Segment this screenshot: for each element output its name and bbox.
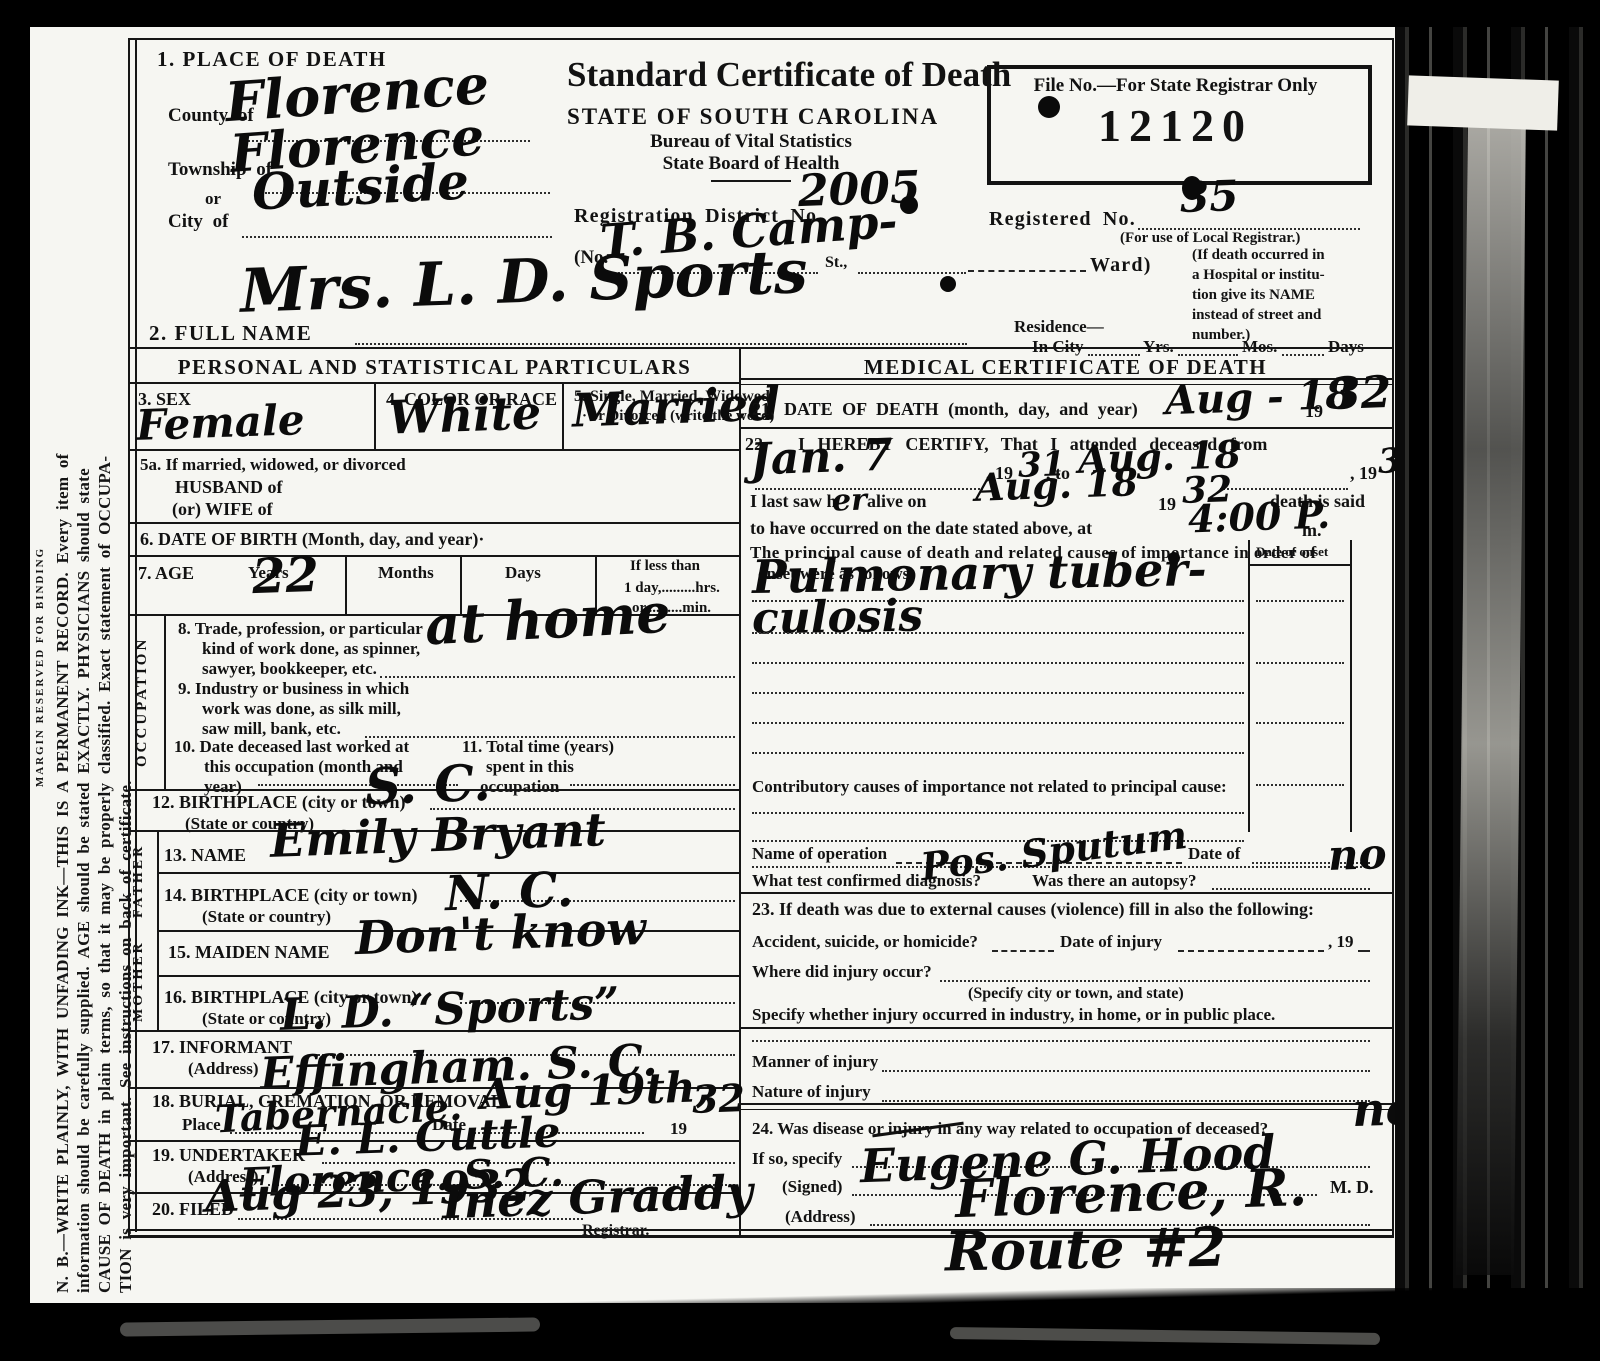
street-st-label: St.,	[825, 254, 847, 272]
item14-sub: (State or country)	[202, 908, 331, 927]
burial-year-handwriting: 32	[691, 1079, 745, 1119]
rule	[1248, 564, 1352, 566]
contributory-label: Contributory causes of importance not re…	[752, 778, 1227, 797]
binding-white-patch	[1407, 75, 1559, 130]
rule	[739, 1103, 1392, 1110]
age-months-label: Months	[378, 564, 434, 583]
leader	[242, 236, 552, 238]
rule	[739, 1027, 1392, 1029]
item23-specify: Specify whether injury occurred in indus…	[752, 1006, 1275, 1025]
leader	[1256, 662, 1344, 664]
leader	[1220, 488, 1348, 490]
rule	[345, 555, 347, 614]
marital-value-handwriting: Married	[571, 380, 781, 433]
occupation-value-handwriting: at home	[424, 586, 672, 653]
date-of-onset-label: Date of onset	[1256, 545, 1328, 559]
informant-name-handwriting: L. D. “Sports”	[279, 982, 620, 1038]
rule	[130, 522, 739, 524]
rule	[130, 347, 1392, 349]
item17-sub: (Address)	[188, 1060, 259, 1079]
item23-specify-sub: (Specify city or town, and state)	[968, 985, 1184, 1003]
item5a-line2: HUSBAND of	[175, 478, 283, 498]
leader	[1256, 784, 1344, 786]
rule	[739, 427, 1392, 429]
rule	[130, 449, 739, 451]
item11-line2: spent in this	[486, 758, 574, 777]
item15-label: 15. MAIDEN NAME	[168, 943, 330, 963]
item23-where-label: Where did injury occur?	[752, 963, 932, 982]
time-m-printed: m.	[1302, 521, 1322, 541]
leader	[752, 1040, 1370, 1042]
if-so-specify-label: If so, specify	[752, 1150, 842, 1169]
item23-nature-label: Nature of injury	[752, 1083, 871, 1102]
bureau-line: Bureau of Vital Statistics	[567, 132, 935, 153]
hospital-note-line: instead of street and	[1192, 307, 1321, 323]
item23-line1: 23. If death was due to external causes …	[752, 900, 1314, 920]
item11-line3: occupation	[480, 778, 559, 797]
leader	[1212, 888, 1370, 890]
leader	[1256, 600, 1344, 602]
address-label: (Address)	[785, 1208, 856, 1227]
leader	[355, 343, 967, 345]
item5a-line1: 5a. If married, widowed, or divorced	[140, 456, 406, 475]
leader	[940, 980, 1370, 982]
item9-line2: work was done, as silk mill,	[202, 700, 401, 719]
margin-note-line: N. B.—WRITE PLAINLY, WITH UNFADING INK—T…	[52, 41, 73, 1293]
leader	[752, 722, 1244, 724]
file-number-box: File No.—For State Registrar Only 12120	[987, 65, 1372, 185]
rule	[374, 382, 376, 449]
route-handwriting: Route #2	[945, 1220, 1227, 1279]
leader	[1256, 722, 1344, 724]
registered-no-label: Registered No.	[989, 208, 1136, 230]
age-years-value-handwriting: 22	[251, 551, 319, 601]
leader	[570, 784, 735, 786]
autopsy-value-handwriting: no	[1327, 833, 1387, 877]
ink-blot	[900, 196, 918, 214]
item14-label: 14. BIRTHPLACE (city or town)	[164, 886, 418, 906]
item9-line3: saw mill, bank, etc.	[202, 720, 341, 739]
item10-line1: 10. Date deceased last worked at	[174, 738, 409, 757]
mother-group-label: MOTHER	[131, 933, 153, 1029]
city-value-handwriting: Outside	[251, 156, 470, 217]
scan-edge-top	[0, 0, 1600, 27]
item8-line1: 8. Trade, profession, or particular	[178, 620, 423, 639]
leader	[752, 662, 1244, 664]
item13-label: 13. NAME	[164, 846, 246, 866]
occurred-text: to have occurred on the date stated abov…	[750, 519, 1092, 539]
hospital-note: (If death occurred ina Hospital or insti…	[1192, 245, 1325, 345]
leader	[968, 270, 1086, 272]
certificate-form: 1. PLACE OF DEATH County of Florence Tow…	[128, 38, 1394, 1238]
rule	[739, 892, 1392, 894]
or-label: or	[205, 190, 221, 209]
ink-blot	[1182, 176, 1202, 200]
operation-date-label: Date of	[1188, 845, 1240, 864]
to-year-printed: , 19	[1350, 464, 1377, 484]
file-number-label: File No.—For State Registrar Only	[991, 76, 1360, 97]
rule	[157, 975, 739, 977]
registrar-signature-handwriting: Inez Graddy	[441, 1169, 753, 1226]
item18-year-printed: 19	[670, 1120, 687, 1139]
father-name-handwriting: Emily Bryant	[269, 806, 606, 864]
ink-blot	[1038, 96, 1060, 118]
signed-label: (Signed)	[782, 1178, 842, 1197]
saw-her-handwriting: er	[831, 485, 867, 516]
age-label: 7. AGE	[138, 564, 194, 584]
cause-of-death-handwriting-2: culosis	[752, 595, 924, 642]
item9-line1: 9. Industry or business in which	[178, 680, 409, 699]
leader	[992, 950, 1054, 952]
leader	[752, 632, 1244, 634]
operation-label: Name of operation	[752, 845, 887, 864]
rule	[130, 555, 739, 557]
scan-edge-left	[0, 0, 30, 1361]
full-name-label: 2. FULL NAME	[149, 322, 312, 345]
item23-year19: , 19	[1328, 933, 1354, 952]
certificate-title: Standard Certificate of Death	[567, 56, 935, 95]
autopsy-label: Was there an autopsy?	[1032, 872, 1197, 891]
ward-label: Ward)	[1090, 254, 1152, 276]
item23-accident-label: Accident, suicide, or homicide?	[752, 933, 978, 952]
sex-value-handwriting: Female	[135, 399, 305, 447]
saw-text-1: I last saw h	[750, 492, 837, 512]
rule	[562, 382, 564, 449]
occupation-group-label: OCCUPATION	[134, 618, 158, 786]
item8-line3: sawyer, bookkeeper, etc.	[202, 660, 377, 679]
leader	[882, 1100, 1370, 1102]
margin-note-line: CAUSE OF DEATH in plain terms, so that i…	[94, 41, 115, 1293]
personal-section-heading: PERSONAL AND STATISTICAL PARTICULARS	[130, 356, 739, 379]
item23-date-injury-label: Date of injury	[1060, 933, 1162, 952]
date-of-death-year-handwriting: 32	[1329, 371, 1392, 417]
age-less1: If less than	[630, 558, 700, 575]
ink-blot	[1168, 552, 1180, 564]
mother-maiden-name-handwriting: Don't know	[354, 905, 646, 961]
item8-line2: kind of work done, as spinner,	[202, 640, 420, 659]
race-value-handwriting: White	[387, 389, 542, 440]
father-group-label: FATHER	[131, 833, 153, 929]
leader	[380, 676, 735, 678]
rule	[1248, 540, 1250, 832]
rule	[1350, 540, 1352, 832]
attended-from-handwriting: Jan. 7	[749, 434, 893, 483]
city-label: City of	[168, 212, 228, 233]
hospital-note-line: (If death occurred in	[1192, 247, 1325, 263]
leader	[752, 752, 1244, 754]
date-of-death-value-handwriting: Aug - 18	[1164, 375, 1353, 422]
date-of-death-label: 21. DATE OF DEATH (month, day, and year)	[752, 400, 1138, 420]
rule	[711, 180, 791, 182]
full-name-value-handwriting: Mrs. L. D. Sports	[239, 242, 808, 322]
leader	[858, 272, 966, 274]
saw-text-2: alive on	[867, 492, 927, 512]
margin-binding-label: MARGIN RESERVED FOR BINDING	[34, 41, 46, 1293]
leader	[755, 488, 983, 490]
leader	[1178, 950, 1324, 952]
saw-year-printed: 19	[1158, 495, 1176, 515]
item5a-line3: (or) WIFE of	[172, 500, 273, 520]
binding-margin-note: MARGIN RESERVED FOR BINDING N. B.—WRITE …	[34, 41, 136, 1293]
rule	[164, 614, 166, 789]
leader	[752, 692, 1244, 694]
item12-value-handwriting: S. C.	[364, 758, 491, 812]
binding-highlight	[1456, 95, 1526, 1275]
scanned-death-certificate: MARGIN RESERVED FOR BINDING N. B.—WRITE …	[0, 0, 1600, 1361]
leader	[1358, 950, 1370, 952]
ink-blot	[940, 276, 956, 292]
saw-date-handwriting: Aug. 18	[974, 463, 1138, 507]
hospital-note-line: tion give its NAME	[1192, 287, 1315, 303]
residence-label: Residence—	[1014, 318, 1104, 337]
item23-manner-label: Manner of injury	[752, 1053, 878, 1072]
date-of-death-year-printed: 19	[1305, 402, 1323, 422]
age-days-label: Days	[505, 564, 541, 583]
margin-note-line: information should be carefully supplied…	[73, 41, 94, 1293]
hospital-note-line: a Hospital or institu-	[1192, 267, 1325, 283]
state-name: STATE OF SOUTH CAROLINA	[567, 104, 935, 129]
md-label: M. D.	[1330, 1178, 1374, 1198]
leader	[882, 1070, 1370, 1072]
